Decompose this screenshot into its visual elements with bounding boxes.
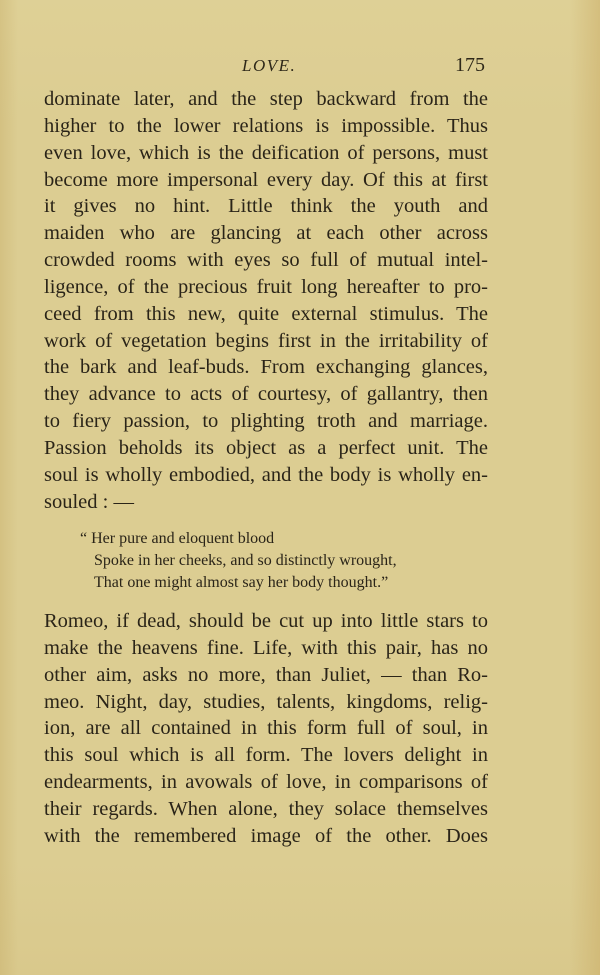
paragraph-2: Romeo, if dead, should be cut up into li… — [44, 608, 488, 850]
text-line: higher to the lower relations is impossi… — [44, 113, 488, 140]
text-line: maiden who are glancing at each other ac… — [44, 220, 488, 247]
verse-line: “ Her pure and eloquent blood — [80, 528, 500, 550]
text-line: become more impersonal every day. Of thi… — [44, 167, 488, 194]
text-line: crowded rooms with eyes so full of mutua… — [44, 247, 488, 274]
text-line: to fiery passion, to plighting troth and… — [44, 408, 488, 435]
text-line: soul is wholly embodied, and the body is… — [44, 462, 488, 489]
running-head: LOVE. 175 — [0, 56, 600, 80]
text-line: even love, which is the deification of p… — [44, 140, 488, 167]
text-line: meo. Night, day, studies, talents, kingd… — [44, 689, 488, 716]
verse-quotation: “ Her pure and eloquent blood Spoke in h… — [80, 528, 500, 594]
text-line: ion, are all contained in this form full… — [44, 715, 488, 742]
text-line: other aim, asks no more, than Juliet, — … — [44, 662, 488, 689]
page-number: 175 — [455, 54, 485, 77]
text-line: Passion beholds its object as a perfect … — [44, 435, 488, 462]
paragraph-1: dominate later, and the step backward fr… — [44, 86, 488, 516]
book-page: LOVE. 175 dominate later, and the step b… — [0, 0, 600, 975]
running-title: LOVE. — [242, 56, 296, 76]
text-line: work of vegetation begins first in the i… — [44, 328, 488, 355]
text-line: the bark and leaf-buds. From exchanging … — [44, 354, 488, 381]
text-line: endearments, in avowals of love, in comp… — [44, 769, 488, 796]
text-line: ligence, of the precious fruit long here… — [44, 274, 488, 301]
text-line: they advance to acts of courtesy, of gal… — [44, 381, 488, 408]
text-line: dominate later, and the step backward fr… — [44, 86, 488, 113]
text-line: their regards. When alone, they solace t… — [44, 796, 488, 823]
verse-line: That one might almost say her body thoug… — [80, 572, 500, 594]
text-line: with the remembered image of the other. … — [44, 823, 488, 850]
verse-line: Spoke in her cheeks, and so distinctly w… — [80, 550, 500, 572]
text-line: it gives no hint. Little think the youth… — [44, 193, 488, 220]
text-line: ceed from this new, quite external stimu… — [44, 301, 488, 328]
text-line: make the heavens fine. Life, with this p… — [44, 635, 488, 662]
text-line: souled : — — [44, 489, 488, 516]
text-line: Romeo, if dead, should be cut up into li… — [44, 608, 488, 635]
text-line: this soul which is all form. The lovers … — [44, 742, 488, 769]
